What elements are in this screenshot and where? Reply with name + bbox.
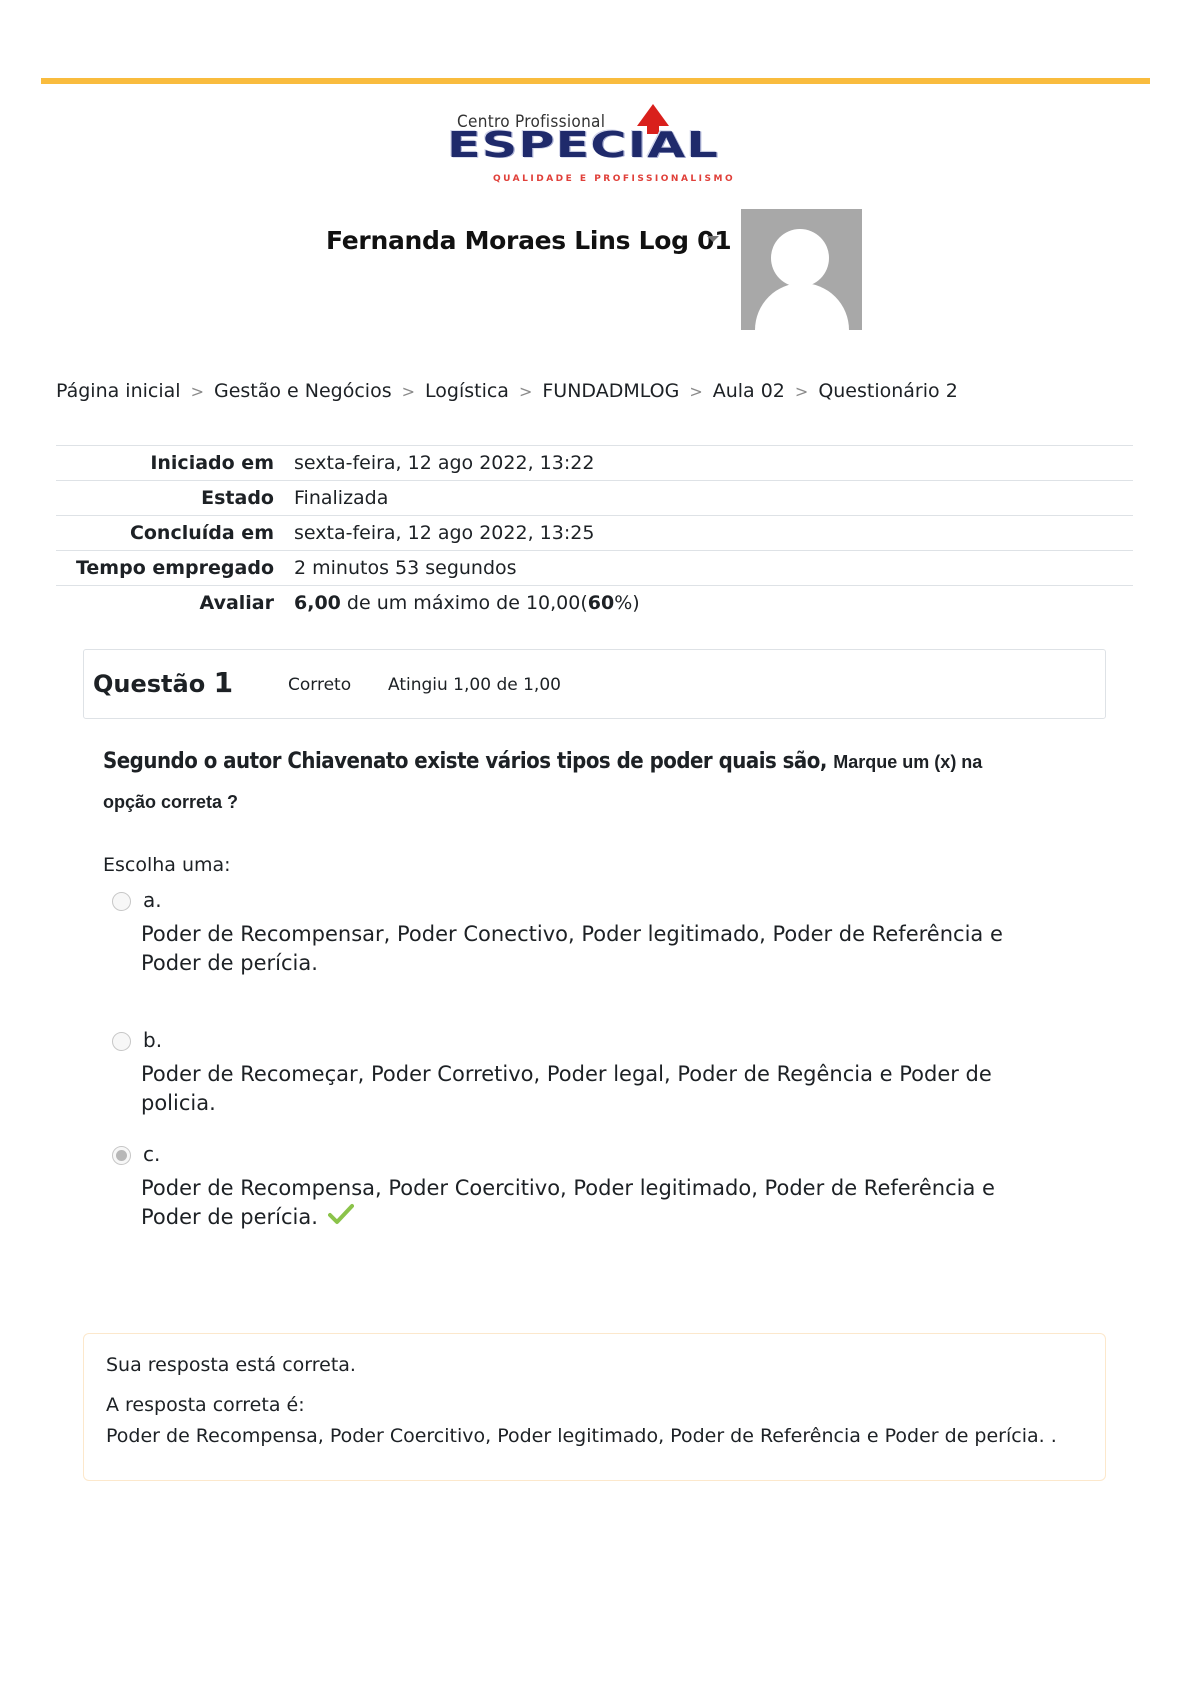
- question-text-small: Marque um (x) na: [833, 752, 982, 772]
- table-row: Estado Finalizada: [56, 481, 1133, 516]
- grade-percent: 60: [588, 592, 614, 614]
- user-menu-name[interactable]: Fernanda Moraes Lins Log 01: [326, 226, 731, 255]
- site-logo[interactable]: Centro Profissional ESPECIAL QUALIDADE E…: [447, 102, 747, 188]
- breadcrumb-aula[interactable]: Aula 02: [713, 380, 785, 402]
- radio-button[interactable]: [112, 1032, 131, 1051]
- question-grade: Atingiu 1,00 de 1,00: [388, 675, 561, 695]
- table-row: Avaliar 6,00 de um máximo de 10,00(60%): [56, 586, 1133, 621]
- logo-line2: ESPECIAL: [447, 128, 719, 163]
- chevron-right-icon: >: [689, 382, 702, 401]
- grade-middle: de um máximo de 10,00(: [341, 592, 588, 614]
- breadcrumb-course[interactable]: FUNDADMLOG: [542, 380, 679, 402]
- caret-down-icon[interactable]: [707, 236, 719, 242]
- option-letter: c.: [143, 1142, 160, 1166]
- breadcrumb: Página inicial > Gestão e Negócios > Log…: [56, 380, 958, 402]
- radio-button-selected[interactable]: [112, 1146, 131, 1165]
- question-info-box: Questão 1 Correto Atingiu 1,00 de 1,00: [83, 649, 1106, 719]
- question-label: Questão: [93, 670, 205, 698]
- breadcrumb-home[interactable]: Página inicial: [56, 380, 181, 402]
- logo-arrow-icon: [637, 104, 669, 126]
- radio-button[interactable]: [112, 892, 131, 911]
- chevron-right-icon: >: [402, 382, 415, 401]
- option-text: Poder de Recompensar, Poder Conectivo, P…: [141, 920, 1061, 978]
- row-label: Iniciado em: [56, 446, 274, 481]
- row-value: Finalizada: [274, 481, 1133, 516]
- checkmark-icon: [328, 1203, 354, 1233]
- row-value: sexta-feira, 12 ago 2022, 13:22: [274, 446, 1133, 481]
- answer-prompt: Escolha uma:: [103, 854, 231, 876]
- top-accent-bar: [41, 78, 1150, 84]
- grade-suffix: %): [614, 592, 639, 614]
- row-value: sexta-feira, 12 ago 2022, 13:25: [274, 516, 1133, 551]
- option-letter: a.: [143, 888, 162, 912]
- chevron-right-icon: >: [191, 382, 204, 401]
- breadcrumb-quiz[interactable]: Questionário 2: [818, 380, 957, 402]
- question-text-main: Segundo o autor Chiavenato existe vários…: [103, 749, 833, 774]
- option-text: Poder de Recompensa, Poder Coercitivo, P…: [141, 1176, 995, 1229]
- logo-tagline: QUALIDADE E PROFISSIONALISMO: [493, 174, 735, 184]
- grade-score: 6,00: [294, 592, 341, 614]
- table-row: Tempo empregado 2 minutos 53 segundos: [56, 551, 1133, 586]
- feedback-status: Sua resposta está correta.: [106, 1354, 1083, 1376]
- row-label: Tempo empregado: [56, 551, 274, 586]
- question-text-small2: opção correta ?: [103, 792, 238, 812]
- attempt-summary-table: Iniciado em sexta-feira, 12 ago 2022, 13…: [56, 445, 1133, 621]
- question-text: Segundo o autor Chiavenato existe vários…: [103, 742, 1043, 822]
- row-label: Concluída em: [56, 516, 274, 551]
- table-row: Iniciado em sexta-feira, 12 ago 2022, 13…: [56, 446, 1133, 481]
- row-label: Estado: [56, 481, 274, 516]
- feedback-box: Sua resposta está correta. A resposta co…: [83, 1333, 1106, 1481]
- table-row: Concluída em sexta-feira, 12 ago 2022, 1…: [56, 516, 1133, 551]
- breadcrumb-gestao[interactable]: Gestão e Negócios: [214, 380, 392, 402]
- option-text-wrap: Poder de Recompensa, Poder Coercitivo, P…: [141, 1174, 1061, 1233]
- option-letter: b.: [143, 1028, 162, 1052]
- user-silhouette-body: [755, 283, 849, 330]
- feedback-answer-label: A resposta correta é:: [106, 1394, 1083, 1416]
- grade-value: 6,00 de um máximo de 10,00(60%): [274, 586, 1133, 621]
- question-number-value: 1: [214, 666, 233, 699]
- chevron-right-icon: >: [795, 382, 808, 401]
- row-value: 2 minutos 53 segundos: [274, 551, 1133, 586]
- feedback-correct-answer: Poder de Recompensa, Poder Coercitivo, P…: [106, 1425, 1083, 1447]
- breadcrumb-logistica[interactable]: Logística: [425, 380, 509, 402]
- avatar[interactable]: [741, 209, 862, 330]
- grade-label: Avaliar: [56, 586, 274, 621]
- question-state: Correto: [288, 675, 351, 695]
- chevron-right-icon: >: [519, 382, 532, 401]
- question-number: Questão 1: [93, 666, 233, 699]
- user-silhouette-icon: [771, 229, 829, 287]
- option-text: Poder de Recomeçar, Poder Corretivo, Pod…: [141, 1060, 1061, 1118]
